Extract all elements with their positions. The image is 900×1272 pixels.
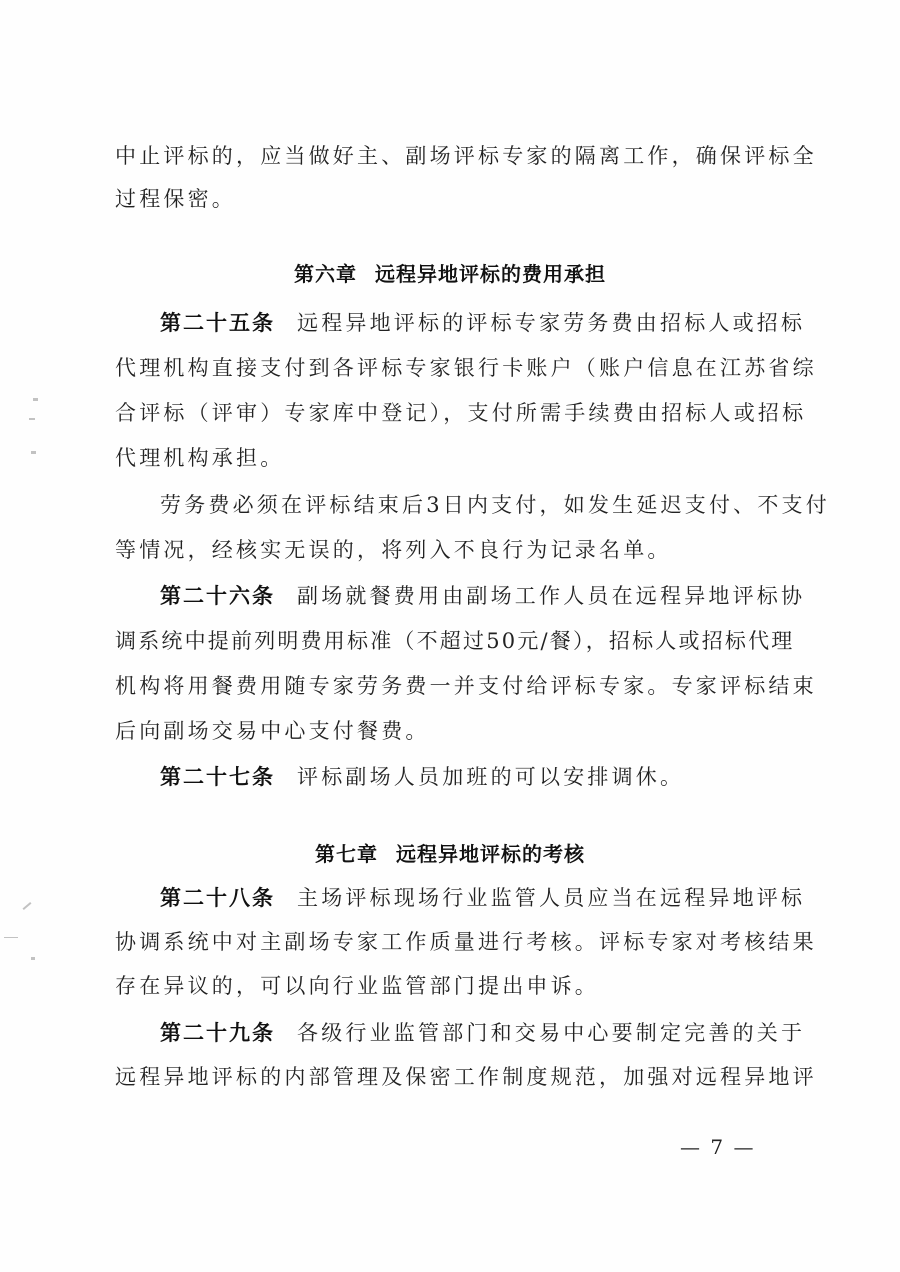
body-text-line: 协调系统中对主副场专家工作质量进行考核。评标专家对考核结果	[115, 926, 775, 958]
body-text-line: 代理机构承担。	[115, 442, 775, 474]
chapter-heading: 第六章远程异地评标的费用承担	[0, 258, 900, 290]
chapter-number: 第七章	[315, 842, 378, 866]
article-label: 第二十五条	[160, 311, 275, 335]
page-number: — 7 —	[680, 1133, 755, 1161]
article-28: 第二十八条主场评标现场行业监管人员应当在远程异地评标	[160, 882, 775, 914]
article-text: 副场就餐费用由副场工作人员在远程异地评标协	[297, 584, 805, 608]
chapter-title: 远程异地评标的考核	[396, 842, 585, 866]
article-text: 主场评标现场行业监管人员应当在远程异地评标	[297, 886, 805, 910]
body-text-line: 调系统中提前列明费用标准（不超过50元/餐），招标人或招标代理	[115, 625, 775, 657]
article-text: 各级行业监管部门和交易中心要制定完善的关于	[297, 1021, 805, 1045]
article-label: 第二十六条	[160, 584, 275, 608]
body-text-line: 过程保密。	[115, 183, 775, 215]
body-text-line: 后向副场交易中心支付餐费。	[115, 715, 775, 747]
article-label: 第二十八条	[160, 886, 275, 910]
body-text-line: 远程异地评标的内部管理及保密工作制度规范，加强对远程异地评	[115, 1061, 775, 1093]
scan-mark	[29, 418, 35, 420]
chapter-title: 远程异地评标的费用承担	[375, 262, 606, 286]
article-text: 评标副场人员加班的可以安排调休。	[297, 765, 684, 789]
scan-mark	[4, 937, 18, 938]
scan-mark	[31, 451, 36, 454]
body-text-line: 存在异议的，可以向行业监管部门提出申诉。	[115, 970, 775, 1002]
article-25: 第二十五条远程异地评标的评标专家劳务费由招标人或招标	[160, 307, 775, 339]
article-label: 第二十七条	[160, 765, 275, 789]
body-text-line: 劳务费必须在评标结束后3日内支付，如发生延迟支付、不支付	[160, 489, 775, 521]
scan-mark	[23, 902, 32, 910]
article-label: 第二十九条	[160, 1021, 275, 1045]
article-text: 远程异地评标的评标专家劳务费由招标人或招标	[297, 311, 805, 335]
scan-mark	[31, 957, 35, 960]
chapter-heading: 第七章远程异地评标的考核	[0, 838, 900, 870]
article-29: 第二十九条各级行业监管部门和交易中心要制定完善的关于	[160, 1017, 775, 1049]
body-text-line: 等情况，经核实无误的，将列入不良行为记录名单。	[115, 534, 775, 566]
body-text-line: 代理机构直接支付到各评标专家银行卡账户（账户信息在江苏省综	[115, 352, 775, 384]
document-page: 中止评标的，应当做好主、副场评标专家的隔离工作，确保评标全 过程保密。 第六章远…	[0, 0, 900, 1272]
chapter-number: 第六章	[294, 262, 357, 286]
article-26: 第二十六条副场就餐费用由副场工作人员在远程异地评标协	[160, 580, 775, 612]
body-text-line: 中止评标的，应当做好主、副场评标专家的隔离工作，确保评标全	[115, 140, 775, 172]
body-text-line: 合评标（评审）专家库中登记），支付所需手续费由招标人或招标	[115, 397, 775, 429]
scan-mark	[33, 398, 38, 401]
body-text-line: 机构将用餐费用随专家劳务费一并支付给评标专家。专家评标结束	[115, 670, 775, 702]
article-27: 第二十七条评标副场人员加班的可以安排调休。	[160, 761, 775, 793]
